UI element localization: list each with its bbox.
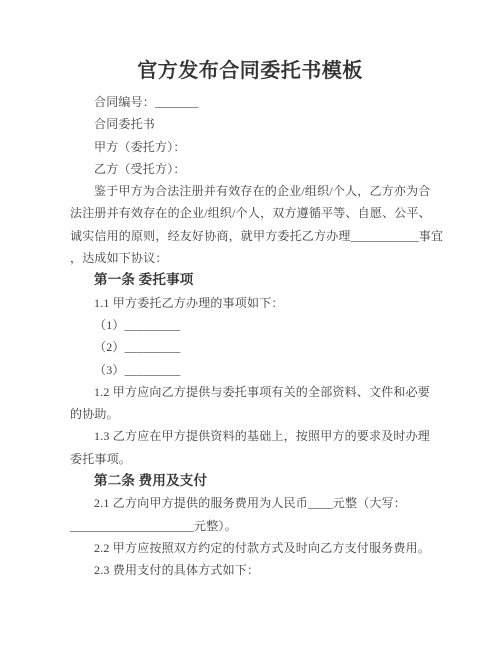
section-2-heading: 第二条 费用及支付 [70, 470, 430, 492]
doc-subtitle-line: 合同委托书 [70, 113, 430, 135]
party-a-line: 甲方（委托方）： [70, 136, 430, 158]
clause-1-3-line: 委托事项。 [70, 448, 430, 470]
party-b-line: 乙方（受托方）： [70, 158, 430, 180]
clause-1-2-line: 1.2 甲方应向乙方提供与委托事项有关的全部资料、文件和必要 [70, 381, 430, 403]
clause-2-2-line: 2.2 甲方应按照双方约定的付款方式及时向乙方支付服务费用。 [70, 537, 430, 559]
clause-2-1-line: 2.1 乙方向甲方提供的服务费用为人民币____元整（大写： [70, 492, 430, 514]
blank-item-2-line: （2）_________ [70, 336, 430, 358]
clause-1-1-line: 1.1 甲方委托乙方办理的事项如下： [70, 292, 430, 314]
section-1-heading: 第一条 委托事项 [70, 269, 430, 291]
blank-item-1-line: （1）_________ [70, 314, 430, 336]
document-page: 官方发布合同委托书模板 合同编号：_______ 合同委托书 甲方（委托方）： … [0, 0, 500, 647]
clause-2-3-line: 2.3 费用支付的具体方式如下： [70, 559, 430, 581]
contract-number-line: 合同编号：_______ [70, 91, 430, 113]
clause-1-3-line: 1.3 乙方应在甲方提供资料的基础上，按照甲方的要求及时办理 [70, 425, 430, 447]
clause-2-1-line: ____________________元整）。 [70, 515, 430, 537]
blank-item-3-line: （3）_________ [70, 359, 430, 381]
preamble-line: ，达成如下协议： [70, 247, 430, 269]
preamble-line: 法注册并有效存在的企业/组织/个人，双方遵循平等、自愿、公平、 [70, 202, 430, 224]
doc-title: 官方发布合同委托书模板 [0, 0, 500, 85]
doc-body: 合同编号：_______ 合同委托书 甲方（委托方）： 乙方（受托方）： 鉴于甲… [0, 91, 500, 582]
preamble-line: 诚实信用的原则，经友好协商，就甲方委托乙方办理___________事宜 [70, 225, 430, 247]
preamble-line: 鉴于甲方为合法注册并有效存在的企业/组织/个人，乙方亦为合 [70, 180, 430, 202]
clause-1-2-line: 的协助。 [70, 403, 430, 425]
